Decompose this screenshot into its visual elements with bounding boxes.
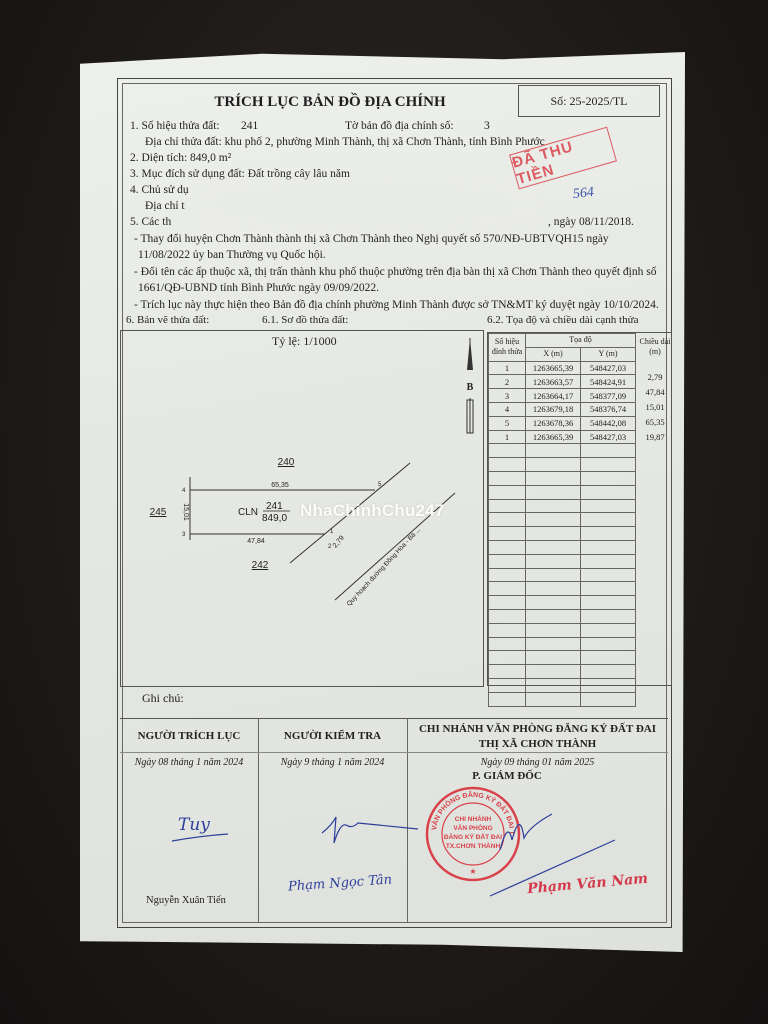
watermark-text: NhaChinhChu247 — [300, 501, 444, 521]
header-vertex: Số hiệu đỉnh thửa — [489, 334, 526, 362]
map-sheet-label: Tờ bản đồ địa chính số: — [345, 120, 454, 132]
coord-cell-y — [581, 637, 636, 651]
checker-signature-mark — [312, 795, 422, 855]
coord-row — [489, 444, 675, 458]
extractor-name: Nguyễn Xuân Tiến — [146, 895, 226, 906]
parcel-number-label: 1. Số hiệu thửa đất: — [130, 120, 220, 132]
svg-text:2,79: 2,79 — [332, 534, 346, 549]
coord-cell-x: 1263665,39 — [526, 430, 581, 444]
coord-cell-vertex — [489, 527, 526, 541]
coord-row — [489, 609, 675, 623]
coord-cell-vertex: 2 — [489, 375, 526, 389]
coord-row — [489, 458, 675, 472]
coord-cell-vertex — [489, 623, 526, 637]
coord-cell-y — [581, 623, 636, 637]
svg-text:240: 240 — [278, 457, 295, 468]
coord-row — [489, 471, 675, 485]
coord-cell-y — [581, 665, 636, 679]
owner-address-line: Địa chỉ t — [145, 200, 185, 212]
svg-text:241: 241 — [266, 501, 283, 512]
coord-cell-x — [526, 678, 581, 692]
coord-cell-vertex — [489, 665, 526, 679]
coord-cell-y: 548442,08 — [581, 416, 636, 430]
coord-row — [489, 568, 675, 582]
coord-cell-x: 1263663,57 — [526, 375, 581, 389]
coord-cell-x: 1263678,36 — [526, 416, 581, 430]
land-purpose: 3. Mục đích sử dụng đất: Đất trồng cây l… — [130, 168, 350, 180]
edge-lengths: 2,7947,8415,0165,3519,87 — [638, 370, 672, 445]
section-6-1-label: 6.1. Sơ đồ thửa đất: — [262, 314, 348, 326]
coord-cell-x — [526, 609, 581, 623]
svg-text:VĂN PHÒNG: VĂN PHÒNG — [453, 823, 492, 832]
coord-cell-x — [526, 692, 581, 706]
coord-cell-y — [581, 471, 636, 485]
coord-cell-vertex — [489, 596, 526, 610]
coord-cell-vertex — [489, 458, 526, 472]
svg-text:849,0: 849,0 — [262, 513, 287, 524]
change-2a: - Đổi tên các ấp thuộc xã, thị trấn thàn… — [134, 266, 656, 278]
coord-cell-x — [526, 458, 581, 472]
coord-cell-x — [526, 665, 581, 679]
coord-cell-x — [526, 513, 581, 527]
coord-row — [489, 692, 675, 706]
coord-row — [489, 499, 675, 513]
north-arrow-icon: B — [467, 338, 474, 433]
signature-header-line — [120, 752, 668, 753]
coord-cell-vertex — [489, 637, 526, 651]
edge-length: 47,84 — [638, 385, 672, 400]
header-coord: Tọa độ — [526, 334, 636, 348]
coord-cell-y — [581, 540, 636, 554]
coord-cell-vertex — [489, 609, 526, 623]
edge-length: 15,01 — [638, 400, 672, 415]
notes-label: Ghi chú: — [142, 691, 184, 706]
coord-cell-vertex: 3 — [489, 389, 526, 403]
checker-title: NGƯỜI KIỂM TRA — [258, 730, 407, 742]
coord-cell-y — [581, 513, 636, 527]
coord-row — [489, 665, 675, 679]
coord-row — [489, 623, 675, 637]
header-x: X (m) — [526, 347, 581, 361]
coord-cell-y — [581, 568, 636, 582]
coord-cell-x — [526, 568, 581, 582]
coord-cell-vertex: 4 — [489, 402, 526, 416]
coord-cell-vertex — [489, 540, 526, 554]
coord-row — [489, 527, 675, 541]
section-6-2-label: 6.2. Tọa độ và chiều dài cạnh thửa — [487, 314, 638, 326]
coord-cell-y — [581, 458, 636, 472]
coord-row — [489, 678, 675, 692]
svg-text:CHI NHÁNH: CHI NHÁNH — [455, 814, 492, 823]
svg-text:1: 1 — [330, 529, 334, 535]
coord-cell-x — [526, 540, 581, 554]
coord-cell-y: 548427,03 — [581, 430, 636, 444]
coord-cell-y: 548427,03 — [581, 361, 636, 375]
checker-date: Ngày 9 tháng 1 năm 2024 — [258, 757, 407, 768]
changes-line: 5. Các th — [130, 216, 171, 228]
section-6-label: 6. Bản vẽ thửa đất: — [126, 314, 209, 326]
coord-cell-x — [526, 582, 581, 596]
coord-cell-y — [581, 609, 636, 623]
parcel-area: 2. Diện tích: 849,0 m² — [130, 152, 231, 164]
parcel-number: 241 — [241, 120, 258, 132]
document-title: TRÍCH LỤC BẢN ĐỒ ĐỊA CHÍNH — [150, 94, 510, 111]
header-length: Chiều dài (m) — [636, 334, 675, 362]
coord-cell-x — [526, 596, 581, 610]
coord-cell-vertex — [489, 678, 526, 692]
coord-cell-vertex — [489, 582, 526, 596]
coord-row — [489, 554, 675, 568]
svg-text:15,01: 15,01 — [182, 503, 189, 521]
coord-cell-y — [581, 582, 636, 596]
svg-text:★: ★ — [469, 867, 476, 876]
coord-cell-vertex: 1 — [489, 430, 526, 444]
coord-cell-vertex: 1 — [489, 361, 526, 375]
coord-row — [489, 582, 675, 596]
header-y: Y (m) — [581, 347, 636, 361]
coord-cell-x — [526, 444, 581, 458]
signature-divider — [258, 718, 259, 922]
coord-row — [489, 540, 675, 554]
coord-cell-vertex — [489, 499, 526, 513]
svg-text:65,35: 65,35 — [271, 482, 289, 489]
edge-length: 19,87 — [638, 430, 672, 445]
redacted-area — [195, 180, 540, 228]
change-2b: 1661/QĐ-UBND tỉnh Bình Phước ngày 09/09/… — [138, 282, 379, 294]
coord-cell-x — [526, 637, 581, 651]
signature-stroke — [170, 832, 230, 844]
change-3: - Trích lục này thực hiện theo Bản đồ đị… — [134, 299, 659, 311]
coord-row — [489, 651, 675, 665]
coord-cell-x: 1263664,17 — [526, 389, 581, 403]
change-1b: 11/08/2022 ủy ban Thường vụ Quốc hội. — [138, 249, 326, 261]
svg-text:47,84: 47,84 — [247, 538, 265, 545]
coord-row — [489, 513, 675, 527]
coord-cell-y — [581, 444, 636, 458]
extractor-date: Ngày 08 tháng 1 năm 2024 — [120, 757, 258, 768]
coord-cell-y — [581, 527, 636, 541]
coord-cell-vertex: 5 — [489, 416, 526, 430]
svg-text:B: B — [467, 382, 474, 393]
svg-text:242: 242 — [252, 560, 269, 571]
coord-cell-vertex — [489, 485, 526, 499]
extractor-title: NGƯỜI TRÍCH LỤC — [120, 730, 258, 742]
coord-row — [489, 637, 675, 651]
parcel-address: Địa chỉ thửa đất: khu phố 2, phường Minh… — [145, 136, 545, 148]
edge-length: 65,35 — [638, 415, 672, 430]
office-title-2: THỊ XÃ CHƠN THÀNH — [407, 738, 668, 750]
coord-cell-vertex — [489, 554, 526, 568]
coord-cell-y — [581, 692, 636, 706]
changes-date: , ngày 08/11/2018. — [548, 216, 634, 228]
coord-cell-x — [526, 554, 581, 568]
coord-row — [489, 485, 675, 499]
coord-cell-y: 548377,09 — [581, 389, 636, 403]
svg-text:4: 4 — [182, 488, 186, 494]
document-number: Số: 25-2025/TL — [518, 85, 660, 117]
svg-text:Quy hoạch đường Đồng Hòa - Bà: Quy hoạch đường Đồng Hòa - Bà ... — [344, 525, 422, 608]
coord-cell-x — [526, 485, 581, 499]
svg-text:3: 3 — [182, 532, 186, 538]
coord-cell-x — [526, 471, 581, 485]
map-sheet-number: 3 — [484, 120, 490, 132]
coord-cell-y — [581, 554, 636, 568]
coord-cell-y — [581, 499, 636, 513]
office-title-1: CHI NHÁNH VĂN PHÒNG ĐĂNG KÝ ĐẤT ĐAI — [407, 723, 668, 735]
coord-cell-y: 548376,74 — [581, 402, 636, 416]
change-1a: - Thay đổi huyện Chơn Thành thành thị xã… — [134, 233, 609, 245]
coord-row — [489, 596, 675, 610]
coord-cell-y — [581, 651, 636, 665]
coord-cell-x — [526, 651, 581, 665]
coord-cell-vertex — [489, 471, 526, 485]
handwritten-note: 564 — [572, 185, 595, 203]
office-date: Ngày 09 tháng 01 năm 2025 — [407, 757, 668, 768]
coord-cell-x: 1263679,18 — [526, 402, 581, 416]
coord-cell-x — [526, 527, 581, 541]
svg-text:245: 245 — [150, 507, 167, 518]
coord-cell-vertex — [489, 444, 526, 458]
edge-length: 2,79 — [638, 370, 672, 385]
coord-cell-vertex — [489, 513, 526, 527]
owner-line: 4. Chủ sử dụ — [130, 184, 189, 196]
coord-cell-vertex — [489, 651, 526, 665]
coord-cell-y — [581, 596, 636, 610]
coord-cell-y — [581, 678, 636, 692]
coord-cell-x: 1263665,39 — [526, 361, 581, 375]
coord-cell-y: 548424,91 — [581, 375, 636, 389]
coord-cell-y — [581, 485, 636, 499]
svg-text:CLN: CLN — [238, 507, 258, 518]
coord-cell-x — [526, 623, 581, 637]
coord-cell-vertex — [489, 568, 526, 582]
coord-cell-x — [526, 499, 581, 513]
coord-cell-vertex — [489, 692, 526, 706]
director-role: P. GIÁM ĐỐC — [407, 770, 607, 782]
